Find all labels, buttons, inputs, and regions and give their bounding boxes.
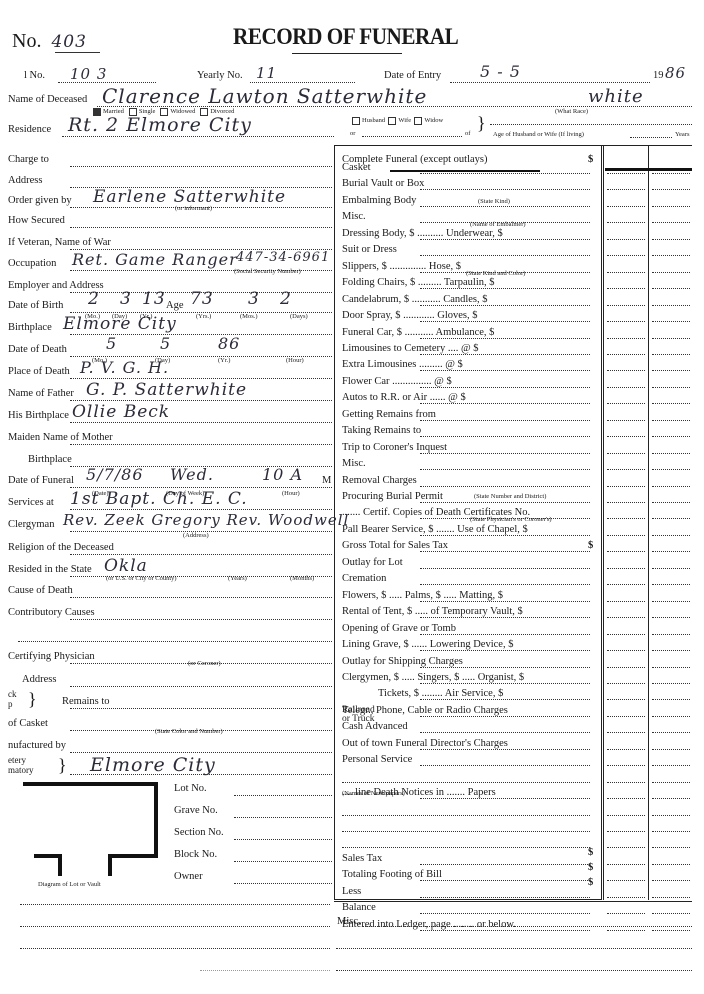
record-number-value: 403	[51, 32, 86, 52]
field-line-how-secured[interactable]	[70, 227, 332, 228]
funeral-caption: (Day of Week)	[166, 490, 204, 497]
charge-item-line[interactable]	[420, 469, 590, 470]
charge-item-label: Flower Car ............... @ $	[342, 376, 452, 387]
charge-amount-cents[interactable]	[652, 551, 690, 552]
charge-amount-dollars[interactable]	[607, 880, 645, 881]
charge-amount-dollars[interactable]	[607, 453, 645, 454]
funeral-am-suffix: M	[322, 475, 331, 486]
field-label-physician: Certifying Physician	[8, 651, 95, 662]
charge-item-line[interactable]	[420, 239, 590, 240]
charge-item-label: Trip to Coroner's Inquest	[342, 442, 447, 453]
charge-amount-dollars[interactable]	[607, 716, 645, 717]
coroner-caption: (or Coroner)	[188, 660, 221, 667]
field-label-phys-address: Address	[22, 674, 56, 685]
charge-amount-dollars[interactable]	[607, 584, 645, 585]
charge-item-label: Entered into Ledger, page ........ or be…	[342, 919, 516, 930]
dollar-sign: $	[588, 154, 593, 165]
charge-item-line[interactable]	[420, 716, 590, 717]
charge-amount-dollars[interactable]	[607, 650, 645, 651]
charge-item-line[interactable]	[420, 453, 590, 454]
dod-caption: (Hour)	[286, 357, 304, 364]
charge-item-label: Personal Service	[342, 754, 412, 765]
charge-item-label: Outlay for Lot	[342, 557, 403, 568]
charge-amount-cents[interactable]	[652, 864, 690, 865]
charge-amount-dollars[interactable]	[607, 305, 645, 306]
of-label: of	[465, 130, 470, 137]
field-line-place-death[interactable]	[70, 378, 332, 379]
field-value-clergyman[interactable]: Rev. Zeek Gregory Rev. Woodwell	[63, 511, 349, 529]
charge-item-line[interactable]	[420, 551, 590, 552]
charge-amount-cents[interactable]	[652, 239, 690, 240]
charge-amount-cents[interactable]	[652, 897, 690, 898]
charge-amount-dollars[interactable]	[607, 617, 645, 618]
charge-amount-cents[interactable]	[652, 798, 690, 799]
dod-yr[interactable]: 86	[218, 334, 240, 353]
checkbox-widow[interactable]: Widow	[414, 117, 443, 124]
date-entry-value[interactable]: 5 - 5	[480, 62, 521, 81]
dob-day[interactable]: 3	[120, 289, 132, 309]
charge-item-label: Candelabrum, $ ........... Candles, $	[342, 294, 488, 305]
charge-item-line[interactable]	[420, 321, 590, 322]
charge-item-line[interactable]	[420, 864, 590, 865]
charge-amount-cents[interactable]	[652, 321, 690, 322]
funeral-caption: (Date)	[92, 490, 109, 497]
record-number: No. 403	[12, 30, 87, 53]
charge-item-label: Clergymen, $ ..... Singers, $ ..... Orga…	[342, 672, 524, 683]
dob-caption: (Yrs.)	[196, 313, 211, 320]
charge-amount-cents[interactable]	[652, 617, 690, 618]
clergyman-address-caption: (Address)	[183, 532, 209, 539]
charge-item-label: Misc.	[342, 211, 366, 222]
charge-amount-dollars[interactable]	[607, 732, 645, 733]
field-line-contributory[interactable]	[70, 619, 332, 620]
charge-amount-dollars[interactable]	[607, 749, 645, 750]
charge-amount-dollars[interactable]	[607, 930, 645, 931]
dob-mo[interactable]: 2	[88, 289, 100, 309]
dob-yr[interactable]: 13	[142, 289, 166, 309]
dod-caption: (Day)	[155, 357, 170, 364]
charge-item-line[interactable]	[420, 173, 590, 174]
dob-age-yrs[interactable]: 73	[190, 289, 214, 309]
charge-amount-cents[interactable]	[652, 206, 690, 207]
charge-item-line[interactable]	[420, 206, 590, 207]
charge-amount-cents[interactable]	[652, 288, 690, 289]
charge-amount-dollars[interactable]	[607, 782, 645, 783]
charge-amount-dollars[interactable]	[607, 486, 645, 487]
charge-amount-dollars[interactable]	[607, 551, 645, 552]
charge-amount-cents[interactable]	[652, 222, 690, 223]
charge-amount-cents[interactable]	[652, 370, 690, 371]
charge-amount-cents[interactable]	[652, 683, 690, 684]
resided-caption: (Months)	[290, 575, 314, 582]
lot-field-label: Lot No.	[174, 783, 207, 794]
charge-amount-dollars[interactable]	[607, 272, 645, 273]
charge-item-label: Balance	[342, 902, 376, 913]
charge-amount-cents[interactable]	[652, 732, 690, 733]
charge-amount-dollars[interactable]	[607, 387, 645, 388]
charge-item-label: Door Spray, $ ............ Gloves, $	[342, 310, 478, 321]
yearly-no-value[interactable]: 11	[256, 64, 277, 82]
informant-caption: (or informant)	[175, 205, 212, 212]
dob-caption: (Days)	[290, 313, 308, 320]
field-label-veteran: If Veteran, Name of War	[8, 237, 111, 248]
charge-amount-dollars[interactable]	[607, 338, 645, 339]
field-label-dob: Date of Birth	[8, 300, 63, 311]
dod-caption: (Yr.)	[218, 357, 230, 364]
field-label-manufactured: nufactured by	[8, 740, 66, 751]
lot-field-label: Block No.	[174, 849, 217, 860]
caption-state_kind: (State Kind)	[478, 198, 510, 205]
charge-item-line[interactable]	[420, 601, 590, 602]
charge-item-label: Flowers, $ ..... Palms, $ ..... Matting,…	[342, 590, 503, 601]
field-line-cause[interactable]	[70, 597, 332, 598]
record-number-label: No.	[12, 30, 41, 52]
years-label: Years	[675, 131, 690, 138]
dod-day[interactable]: 5	[160, 334, 171, 353]
caption-embalmer: (Name of Embalmer)	[470, 221, 526, 228]
field-value-resided[interactable]: Okla	[104, 556, 148, 576]
charge-amount-dollars[interactable]	[607, 535, 645, 536]
charge-amount-dollars[interactable]	[607, 634, 645, 635]
charge-amount-dollars[interactable]	[607, 420, 645, 421]
charge-item-line[interactable]	[420, 617, 590, 618]
charge-item-label: Removal Charges	[342, 475, 417, 486]
charge-amount-cents[interactable]	[652, 502, 690, 503]
age-label: Age	[166, 300, 184, 311]
field-value-cemetery[interactable]: Elmore City	[90, 754, 216, 776]
charge-item-line[interactable]	[420, 486, 590, 487]
year-prefix: 19	[653, 70, 664, 81]
field-line-remains-to[interactable]	[70, 708, 332, 709]
date-entry-label: Date of Entry	[384, 70, 441, 81]
charge-amount-dollars[interactable]	[607, 173, 645, 174]
charge-amount-cents[interactable]	[652, 354, 690, 355]
charge-amount-dollars[interactable]	[607, 568, 645, 569]
field-label-contributory: Contributory Causes	[8, 607, 95, 618]
field-label-father-birthplace: His Birthplace	[8, 410, 69, 421]
charge-amount-cents[interactable]	[652, 634, 690, 635]
charge-amount-cents[interactable]	[652, 584, 690, 585]
ssn-caption: (Social Security Number)	[234, 268, 301, 275]
charge-item-line[interactable]	[420, 255, 590, 256]
lot-field-line[interactable]	[234, 795, 332, 796]
brace-label-bottom: p	[8, 700, 13, 709]
charge-amount-dollars[interactable]	[607, 765, 645, 766]
charge-item-line[interactable]	[420, 420, 590, 421]
dollar-sign: $	[588, 877, 593, 888]
charge-item-line[interactable]	[420, 930, 590, 931]
field-line-funeral-date[interactable]	[70, 487, 332, 488]
brace-icon: }	[28, 689, 37, 710]
field-label-cause: Cause of Death	[8, 585, 73, 596]
charge-item-line[interactable]	[420, 699, 590, 700]
charge-amount-dollars[interactable]	[607, 370, 645, 371]
charge-item-label: Tickets, $ ........ Air Service, $	[378, 688, 503, 699]
charge-amount-dollars[interactable]	[607, 831, 645, 832]
file-no-value[interactable]: 10 3	[70, 65, 107, 83]
charge-item-label: Taking Remains to	[342, 425, 421, 436]
crematory-label: matory	[8, 766, 34, 775]
dob-caption: (Mo.)	[85, 313, 100, 320]
residence-value[interactable]: Rt. 2 Elmore City	[68, 114, 252, 136]
lot-field-line[interactable]	[234, 861, 332, 862]
charge-amount-dollars[interactable]	[607, 667, 645, 668]
field-label-address: Address	[8, 175, 42, 186]
field-value-father-birthplace[interactable]: Ollie Beck	[72, 402, 170, 422]
charge-amount-cents[interactable]	[652, 403, 690, 404]
lot-field-label: Owner	[174, 871, 203, 882]
charge-amount-cents[interactable]	[652, 913, 690, 914]
charge-item-line[interactable]	[420, 338, 590, 339]
charge-item-label: Lining Grave, $ ...... Lowering Device, …	[342, 639, 513, 650]
caption-number_district: (State Number and District)	[474, 493, 546, 500]
charge-amount-dollars[interactable]	[607, 288, 645, 289]
charge-item-label: Gross Total for Sales Tax	[342, 540, 448, 551]
charge-amount-dollars[interactable]	[607, 897, 645, 898]
charge-amount-dollars[interactable]	[607, 699, 645, 700]
field-line-manufactured[interactable]	[70, 752, 332, 753]
field-label-how-secured: How Secured	[8, 215, 65, 226]
dod-caption: (Mo.)	[92, 357, 107, 364]
charge-amount-dollars[interactable]	[607, 815, 645, 816]
charge-amount-dollars[interactable]	[607, 321, 645, 322]
charge-amount-cents[interactable]	[652, 420, 690, 421]
charge-amount-cents[interactable]	[652, 930, 690, 931]
charge-item-label: Pall Bearer Service, $ ....... Use of Ch…	[342, 524, 528, 535]
dollar-sign: $	[588, 847, 593, 858]
charge-amount-dollars[interactable]	[607, 354, 645, 355]
charge-item-line[interactable]	[420, 897, 590, 898]
charge-amount-cents[interactable]	[652, 338, 690, 339]
charge-amount-dollars[interactable]	[607, 403, 645, 404]
charge-item-label: Suit or Dress	[342, 244, 397, 255]
charge-amount-cents[interactable]	[652, 255, 690, 256]
charge-amount-cents[interactable]	[652, 173, 690, 174]
funeral-dow[interactable]: Wed.	[170, 465, 214, 484]
charge-amount-cents[interactable]	[652, 518, 690, 519]
charge-item-label: Procuring Burial Permit	[342, 491, 443, 502]
charge-amount-cents[interactable]	[652, 535, 690, 536]
funeral-date[interactable]: 5/7/86	[86, 465, 144, 484]
field-label-services-at: Services at	[8, 497, 54, 508]
field-line-religion[interactable]	[70, 554, 332, 555]
dob-age-mos[interactable]: 3	[248, 289, 260, 309]
charge-item-label: Out of town Funeral Director's Charges	[342, 738, 508, 749]
charge-amount-dollars[interactable]	[607, 239, 645, 240]
charge-item-line[interactable]	[420, 370, 590, 371]
charge-item-label: Less	[342, 886, 361, 897]
charge-amount-cents[interactable]	[652, 453, 690, 454]
charge-item-line[interactable]	[342, 847, 590, 848]
charge-item-line[interactable]	[420, 650, 590, 651]
charge-item-line[interactable]	[420, 354, 590, 355]
field-value-order-given-by[interactable]: Earlene Satterwhite	[93, 187, 286, 207]
charge-amount-cents[interactable]	[652, 272, 690, 273]
age-spouse-label: Age of Husband or Wife (If living)	[493, 131, 584, 138]
funeral-caption: (Hour)	[282, 490, 300, 497]
charge-item-label: Outlay for Shipping Charges	[342, 656, 463, 667]
lot-field-line[interactable]	[234, 839, 332, 840]
charge-amount-cents[interactable]	[652, 815, 690, 816]
dollar-sign: $	[588, 862, 593, 873]
charge-amount-cents[interactable]	[652, 436, 690, 437]
field-label-father: Name of Father	[8, 388, 74, 399]
field-label-order-given-by: Order given by	[8, 195, 72, 206]
caption-physician_coroner: (State Physician's or Coroner's)	[470, 516, 552, 523]
charge-item-line[interactable]	[420, 683, 590, 684]
charge-item-line[interactable]	[420, 634, 590, 635]
field-label-resided: Resided in the State	[8, 564, 92, 575]
charge-amount-cents[interactable]	[652, 749, 690, 750]
charge-item-label: Limousines to Cemetery .... @ $	[342, 343, 479, 354]
charge-item-line[interactable]	[420, 749, 590, 750]
charge-amount-cents[interactable]	[652, 650, 690, 651]
charge-amount-cents[interactable]	[652, 305, 690, 306]
charge-item-line[interactable]	[420, 502, 590, 503]
charge-item-label: Folding Chairs, $ ......... Tarpaulin, $	[342, 277, 494, 288]
brace-icon: }	[477, 114, 486, 132]
field-line-blank[interactable]	[18, 641, 332, 642]
charge-item-line[interactable]	[420, 189, 590, 190]
charge-amount-cents[interactable]	[652, 880, 690, 881]
charge-amount-cents[interactable]	[652, 831, 690, 832]
charge-item-line[interactable]	[420, 913, 590, 914]
field-line-father[interactable]	[70, 400, 332, 401]
charge-item-line[interactable]	[420, 798, 590, 799]
charge-item-label: Dressing Body, $ .......... Underwear, $	[342, 228, 503, 239]
checkbox-wife[interactable]: Wife	[388, 117, 411, 124]
charge-item-label: Slippers, $ .............. Hose, $	[342, 261, 461, 272]
charge-amount-dollars[interactable]	[607, 847, 645, 848]
charge-amount-dollars[interactable]	[607, 601, 645, 602]
field-line-services-at[interactable]	[70, 509, 332, 510]
dob-caption: (Day)	[112, 313, 127, 320]
field-label-funeral-date: Date of Funeral	[8, 475, 74, 486]
field-value-occupation[interactable]: Ret. Game Ranger	[72, 250, 238, 269]
charge-item-label: Burial Vault or Box	[342, 178, 424, 189]
dob-age-days[interactable]: 2	[280, 289, 292, 309]
charge-item-line[interactable]	[342, 831, 590, 832]
charge-item-line[interactable]	[420, 667, 590, 668]
checkbox-husband[interactable]: Husband	[352, 117, 385, 124]
charge-amount-dollars[interactable]	[607, 798, 645, 799]
charge-amount-dollars[interactable]	[607, 206, 645, 207]
name-value[interactable]: Clarence Lawton Satterwhite	[102, 84, 427, 108]
charge-amount-cents[interactable]	[652, 716, 690, 717]
residence-label: Residence	[8, 124, 51, 135]
charge-amount-dollars[interactable]	[607, 502, 645, 503]
charge-item-line[interactable]	[420, 732, 590, 733]
charge-amount-dollars[interactable]	[607, 436, 645, 437]
field-label-mother-birthplace: Birthplace	[28, 454, 72, 465]
charge-item-label: Totaling Footing of Bill	[342, 869, 442, 880]
field-value-father[interactable]: G. P. Satterwhite	[86, 380, 247, 400]
cemetery-label: etery	[8, 756, 26, 765]
diagram-caption: Diagram of Lot or Vault	[38, 881, 101, 888]
field-label-dod: Date of Death	[8, 344, 67, 355]
charge-amount-cents[interactable]	[652, 387, 690, 388]
charge-amount-cents[interactable]	[652, 189, 690, 190]
field-line-phys-address[interactable]	[70, 686, 332, 687]
charge-item-line[interactable]	[420, 568, 590, 569]
charge-amount-cents[interactable]	[652, 469, 690, 470]
caption-kind_color: (State Kind and Color)	[466, 270, 525, 277]
field-line-charge-to[interactable]	[70, 166, 332, 167]
charge-amount-cents[interactable]	[652, 699, 690, 700]
ssn-value[interactable]: 447-34-6961	[236, 250, 330, 265]
charge-amount-dollars[interactable]	[607, 189, 645, 190]
field-line-father-birthplace[interactable]	[70, 422, 332, 423]
name-label: Name of Deceased	[8, 94, 87, 105]
casket-caption: (State Color and Number)	[155, 728, 223, 735]
caption-newspapers: (Names of Newspapers)	[342, 790, 405, 797]
field-label-birthplace: Birthplace	[8, 322, 52, 333]
charge-amount-cents[interactable]	[652, 568, 690, 569]
charge-item-line[interactable]	[342, 815, 590, 816]
field-label-place-death: Place of Death	[8, 366, 70, 377]
lot-field-line[interactable]	[234, 817, 332, 818]
race-value[interactable]: white	[588, 86, 644, 107]
charge-item-line[interactable]	[342, 782, 590, 783]
or-truck-label: or Truck	[342, 715, 374, 724]
charge-item-label: Autos to R.R. or Air ...... @ $	[342, 392, 466, 403]
dod-mo[interactable]: 5	[106, 334, 117, 353]
dob-caption: (Mos.)	[240, 313, 258, 320]
charge-item-line[interactable]	[420, 880, 590, 881]
charge-item-line[interactable]	[420, 288, 590, 289]
spouse-status-group: Husband Wife Widow	[352, 117, 443, 125]
charge-item-line[interactable]	[420, 584, 590, 585]
charge-amount-cents[interactable]	[652, 667, 690, 668]
year-value[interactable]: 86	[665, 64, 686, 82]
charge-amount-cents[interactable]	[652, 601, 690, 602]
field-label-mother: Maiden Name of Mother	[8, 432, 113, 443]
charge-amount-cents[interactable]	[652, 782, 690, 783]
funeral-hour[interactable]: 10 A	[262, 465, 303, 484]
charge-amount-dollars[interactable]	[607, 255, 645, 256]
file-no-label: l No.	[24, 70, 45, 81]
charge-item-label: Rental of Tent, $ ..... of Temporary Vau…	[342, 606, 523, 617]
lot-field-line[interactable]	[234, 883, 332, 884]
resided-caption: (Years)	[228, 575, 247, 582]
charge-amount-cents[interactable]	[652, 486, 690, 487]
brace-label-top: ck	[8, 690, 17, 699]
charge-amount-dollars[interactable]	[607, 913, 645, 914]
charge-amount-dollars[interactable]	[607, 864, 645, 865]
charge-item-line[interactable]	[420, 403, 590, 404]
page-title: RECORD OF FUNERAL	[233, 24, 458, 50]
field-label-casket: of Casket	[8, 718, 48, 729]
field-line-mother[interactable]	[70, 444, 332, 445]
charge-amount-dollars[interactable]	[607, 518, 645, 519]
yearly-no-label: Yearly No.	[197, 70, 243, 81]
charge-amount-cents[interactable]	[652, 847, 690, 848]
footer-misc-label: Misc.	[337, 916, 361, 927]
charge-amount-dollars[interactable]	[607, 222, 645, 223]
charge-item-line[interactable]	[420, 535, 590, 536]
charge-item-line[interactable]	[420, 765, 590, 766]
charge-item-line[interactable]	[420, 436, 590, 437]
charge-amount-dollars[interactable]	[607, 683, 645, 684]
charge-amount-dollars[interactable]	[607, 469, 645, 470]
race-caption: (What Race)	[555, 108, 588, 115]
charge-item-label: Getting Remains from	[342, 409, 436, 420]
charge-item-line[interactable]	[420, 305, 590, 306]
charge-item-line[interactable]	[420, 387, 590, 388]
field-label-religion: Religion of the Deceased	[8, 542, 114, 553]
charge-item-label: Misc.	[342, 458, 366, 469]
charge-amount-cents[interactable]	[652, 765, 690, 766]
